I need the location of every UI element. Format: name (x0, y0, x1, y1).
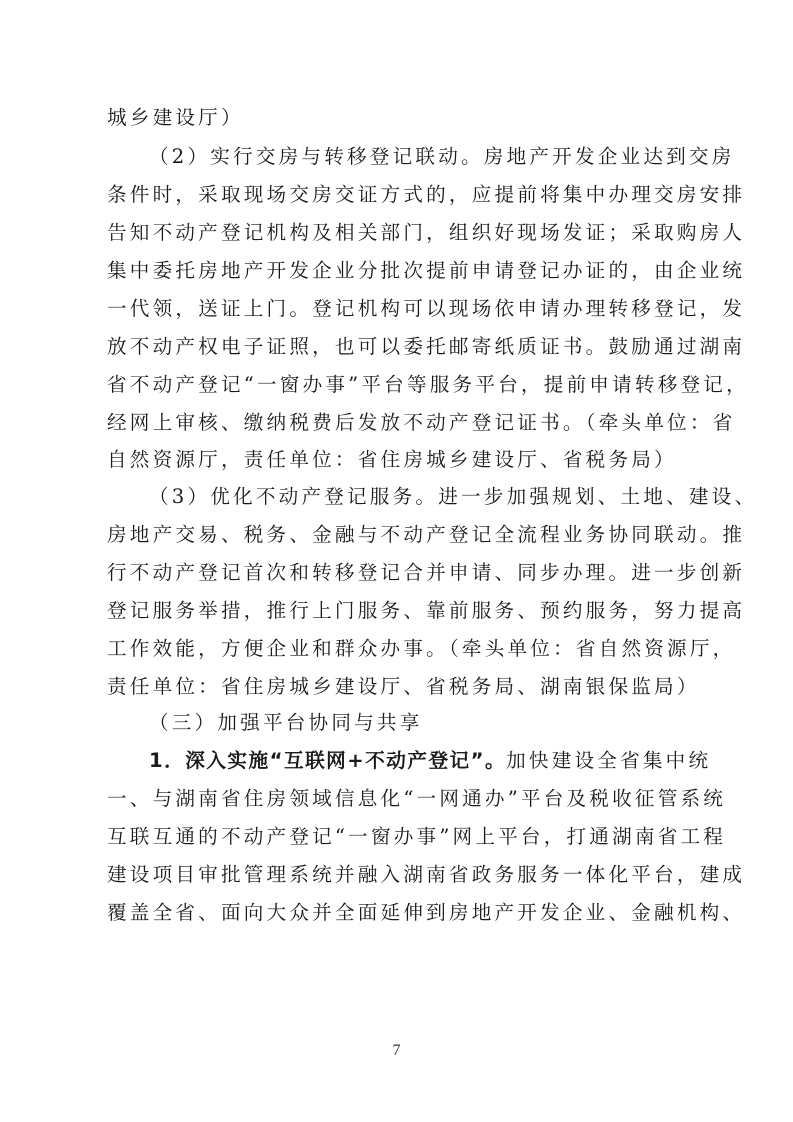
subsection-heading: 1．深入实施“互联网+不动产登记”。 (149, 749, 506, 772)
document-page: 城乡建设厅） （2）实行交房与转移登记联动。房地产开发企业达到交房 条件时，采取… (0, 0, 793, 1122)
text-line: （3）优化不动产登记服务。进一步加强规划、土地、建设、 (149, 478, 711, 516)
text-line: 城乡建设厅） (107, 99, 711, 137)
page-number: 7 (0, 1042, 793, 1060)
text-line: （2）实行交房与转移登记联动。房地产开发企业达到交房 (149, 138, 711, 176)
section-heading: （三）加强平台协同与共享 (149, 704, 711, 742)
text-line: 一、与湖南省住房领域信息化“一网通办”平台及税收征管系统 (107, 780, 711, 818)
text-line: 告知不动产登记机构及相关部门，组织好现场发证；采取购房人 (107, 214, 711, 252)
text-line: 房地产交易、税务、金融与不动产登记全流程业务协同联动。推 (107, 516, 711, 554)
text-line: 覆盖全省、面向大众并全面延伸到房地产开发企业、金融机构、 (107, 894, 711, 932)
text-line: 互联互通的不动产登记“一窗办事”网上平台，打通湖南省工程 (107, 818, 711, 856)
text-line: 登记服务举措，推行上门服务、靠前服务、预约服务，努力提高 (107, 592, 711, 630)
text-line: 责任单位：省住房城乡建设厅、省税务局、湖南银保监局） (107, 668, 711, 706)
text-line: 条件时，采取现场交房交证方式的，应提前将集中办理交房安排 (107, 176, 711, 214)
text-line: 行不动产登记首次和转移登记合并申请、同步办理。进一步创新 (107, 554, 711, 592)
text-line: 自然资源厅，责任单位：省住房城乡建设厅、省税务局） (107, 441, 711, 479)
text-line: 经网上审核、缴纳税费后发放不动产登记证书。（牵头单位：省 (107, 404, 711, 442)
text-line: 工作效能，方便企业和群众办事。（牵头单位：省自然资源厅， (107, 630, 711, 668)
text-run: 加快建设全省集中统 (506, 749, 711, 772)
text-line: 集中委托房地产开发企业分批次提前申请登记办证的，由企业统 (107, 252, 711, 290)
text-line: 省不动产登记“一窗办事”平台等服务平台，提前申请转移登记， (107, 366, 711, 404)
subsection-line: 1．深入实施“互联网+不动产登记”。加快建设全省集中统 (149, 742, 711, 780)
text-line: 放不动产权电子证照，也可以委托邮寄纸质证书。鼓励通过湖南 (107, 328, 711, 366)
text-line: 建设项目审批管理系统并融入湖南省政务服务一体化平台，建成 (107, 856, 711, 894)
text-line: 一代领，送证上门。登记机构可以现场依申请办理转移登记，发 (107, 290, 711, 328)
